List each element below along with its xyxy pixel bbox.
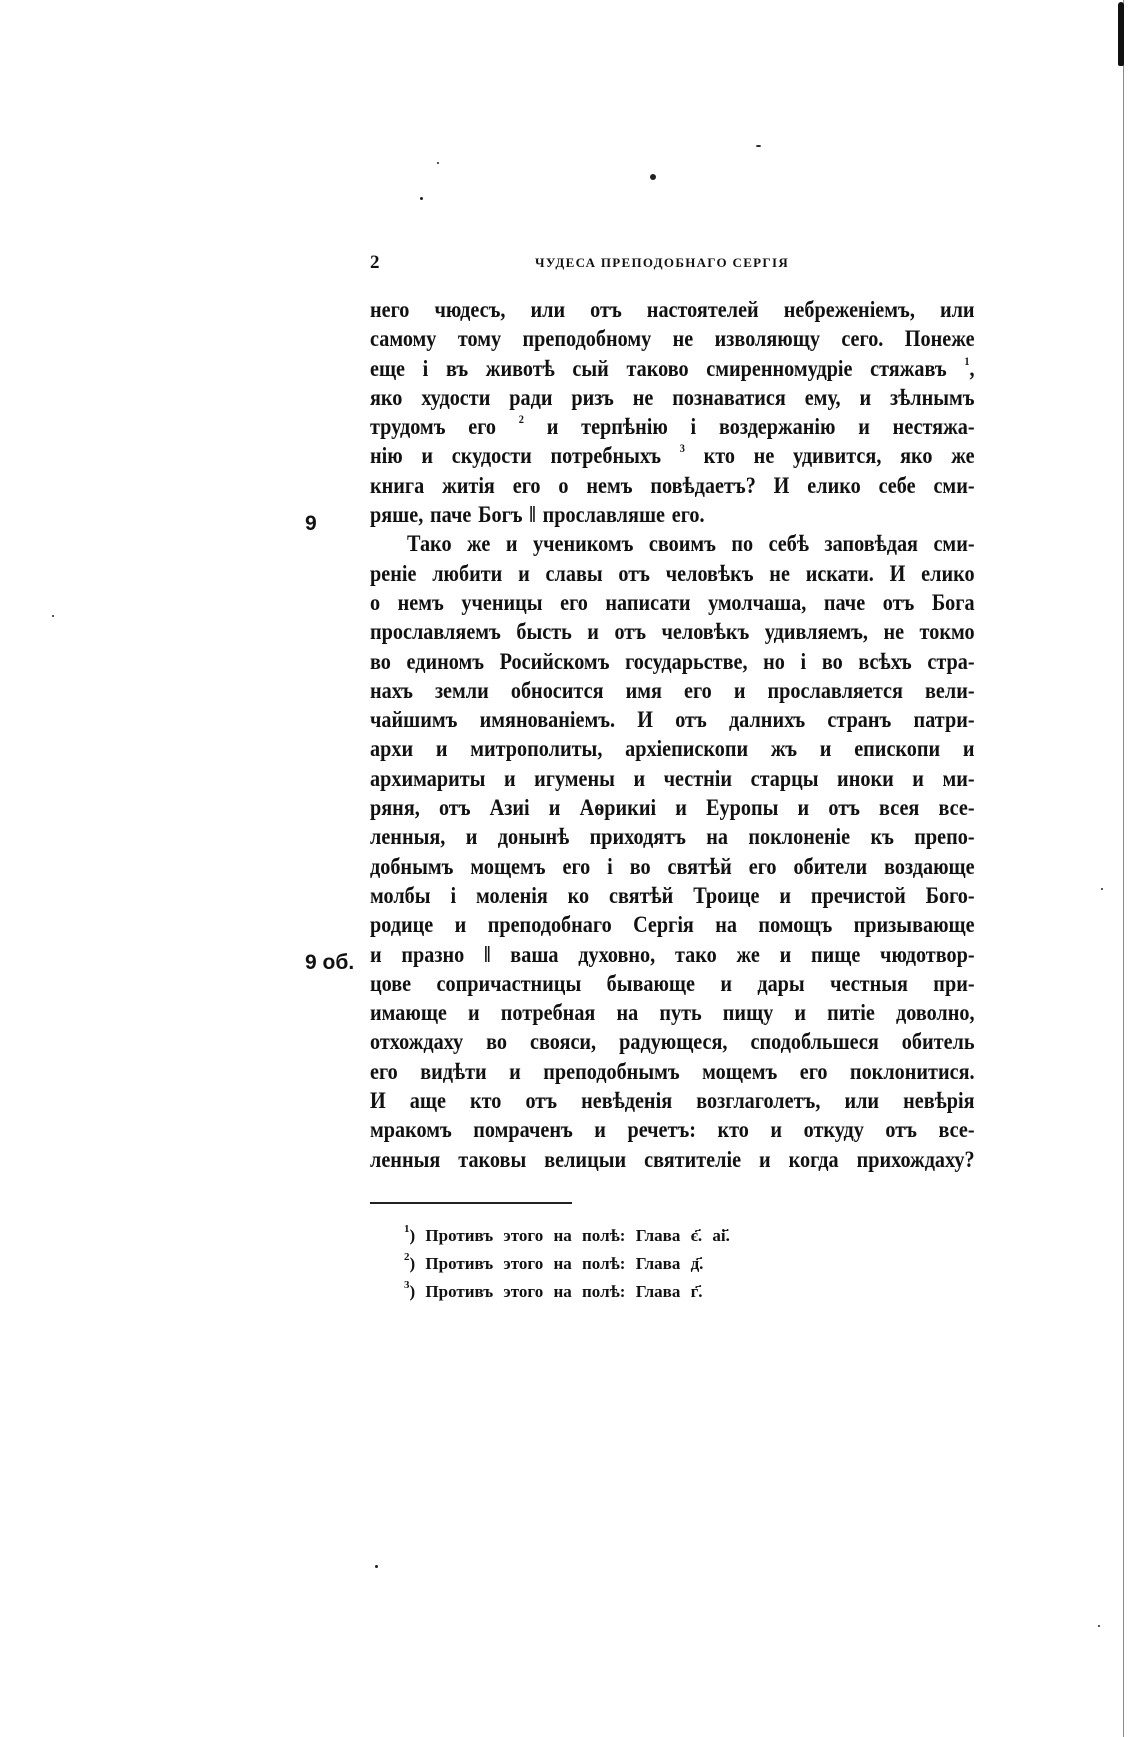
footnote-text: ) Противъ этого на полѣ: Глава г҃. [410,1282,703,1301]
scan-speck [756,145,761,147]
text-line: книга житія его о немъ повѣдаетъ? И елик… [370,472,975,501]
page-number: 2 [370,252,380,274]
text-line: еще і въ животѣ сый таково смиренномудрі… [370,355,975,384]
text-line: реніе любити и славы отъ человѣкъ не иск… [370,560,975,589]
text-line: нію и скудости потребныхъ 3 кто не удиви… [370,442,975,471]
text-line: отхождаху во свояси, радующеся, сподобль… [370,1028,975,1057]
scan-blot [1118,2,1124,66]
scan-speck [420,197,423,200]
text-line: него чюдесъ, или отъ настоятелей небреже… [370,296,975,325]
footnote: 1) Противъ этого на полѣ: Глава є҃. аі҃. [404,1222,804,1250]
text-segment: , [970,356,975,382]
footnote-separator [370,1202,572,1204]
scan-speck [1098,1625,1100,1627]
text-line: архи и митрополиты, архіепископи жъ и еп… [370,735,975,764]
text-line: чайшимъ имянованіемъ. И отъ далнихъ стра… [370,706,975,735]
text-line: цове сопричастницы бывающе и дары честны… [370,970,975,999]
text-line: яко худости ради ризъ не познаватися ему… [370,384,975,413]
footnote-text: ) Противъ этого на полѣ: Глава д҃. [410,1254,704,1273]
text-line: и празно ‖ ваша духовно, тако же и пище … [370,941,975,970]
scan-speck [52,615,54,617]
footnote: 2) Противъ этого на полѣ: Глава д҃. [404,1250,804,1278]
text-line: архимариты и игумены и честніи старцы ин… [370,765,975,794]
running-head: 2 ЧУДЕСА ПРЕПОДОБНАГО СЕРГІЯ [370,252,975,278]
text-line: Тако же и ученикомъ своимъ по себѣ запов… [370,530,975,559]
margin-folio-note: 9 [305,512,317,536]
body-text: него чюдесъ, или отъ настоятелей небреже… [370,296,975,1175]
text-segment: нію и скудости потребныхъ [370,443,661,469]
text-line: ряня, отъ Азиі и Аѳрикиі и Еуропы и отъ … [370,794,975,823]
margin-folio-note: 9 об. [305,951,354,975]
running-title: ЧУДЕСА ПРЕПОДОБНАГО СЕРГІЯ [535,255,789,271]
page-edge-line [1123,0,1124,1737]
text-line: ленныя, и донынѣ приходятъ на поклоненіе… [370,823,975,852]
text-segment: и терпѣнію і воздержанію и нестяжа- [524,414,975,440]
text-line: ряше, паче Богъ ‖ прославляше его. [370,501,975,530]
text-line: ленныя таковы велицыи святителіе и когда… [370,1146,975,1175]
scan-speck [650,174,656,180]
footnote: 3) Противъ этого на полѣ: Глава г҃. [404,1278,804,1306]
text-line: имающе и потребная на путь пищу и питіе … [370,999,975,1028]
scan-speck [437,162,439,164]
text-line: во единомъ Росийскомъ государьстве, но і… [370,648,975,677]
footnotes: 1) Противъ этого на полѣ: Глава є҃. аі҃.… [404,1222,804,1306]
text-line: трудомъ его 2 и терпѣнію і воздержанію и… [370,413,975,442]
scan-speck [375,1565,378,1568]
scan-speck [1101,888,1103,890]
text-line: самому тому преподобному не изволяющу се… [370,325,975,354]
text-line: добнымъ мощемъ его і во святѣй его обите… [370,853,975,882]
text-segment: еще і въ животѣ сый таково смиренномудрі… [370,356,947,382]
text-line: молбы і моленія ко святѣй Троице и пречи… [370,882,975,911]
text-line: И аще кто отъ невѣденія возглаголетъ, ил… [370,1087,975,1116]
text-line: прославляемъ бысть и отъ человѣкъ удивля… [370,618,975,647]
text-line: о немъ ученицы его написати умолчаша, па… [370,589,975,618]
text-line: нахъ земли обносится имя его и прославля… [370,677,975,706]
footnote-text: ) Противъ этого на полѣ: Глава є҃. аі҃. [410,1226,730,1245]
text-segment: кто не удивится, яко же [685,443,975,469]
text-line: его видѣти и преподобнымъ мощемъ его пок… [370,1058,975,1087]
text-segment: трудомъ его [370,414,496,440]
text-line: родице и преподобнаго Сергія на помощъ п… [370,911,975,940]
text-line: мракомъ помраченъ и речетъ: кто и откуду… [370,1116,975,1145]
